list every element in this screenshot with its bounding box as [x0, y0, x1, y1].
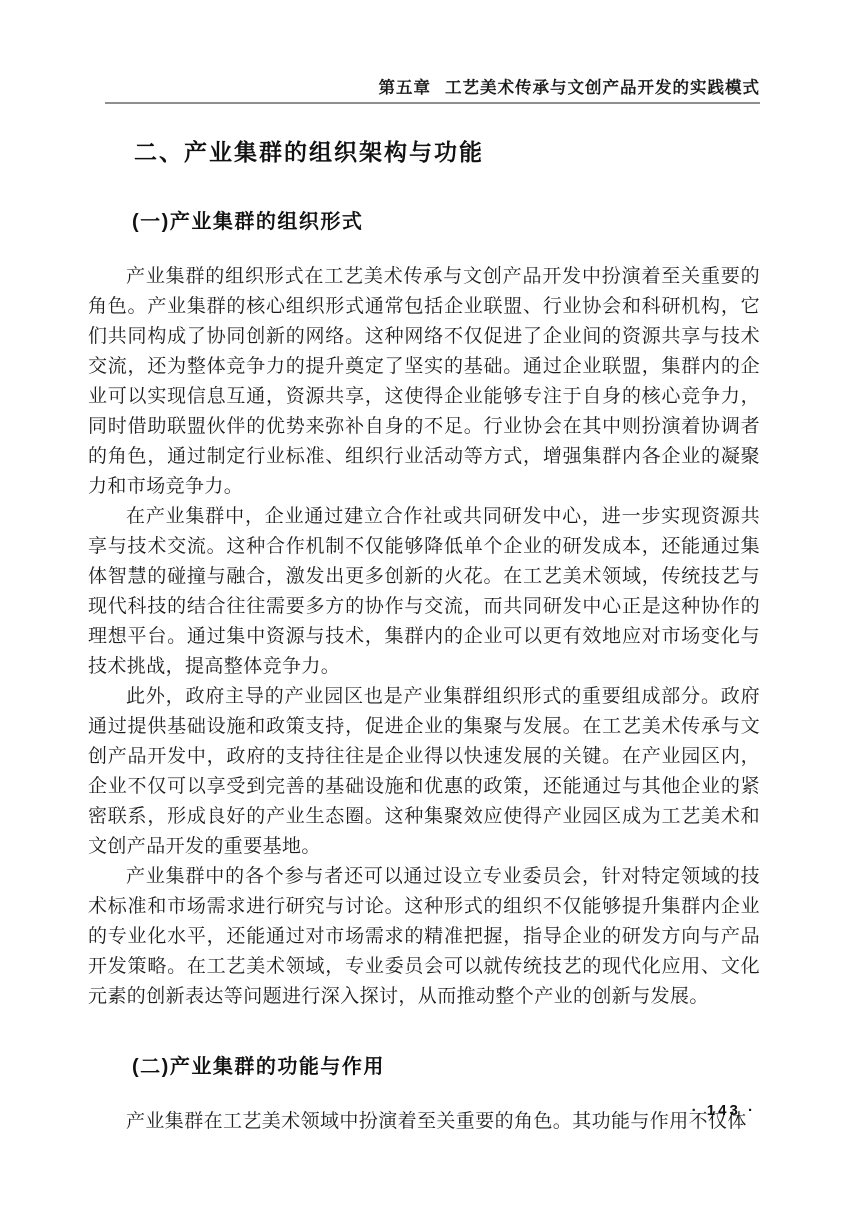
paragraph: 此外，政府主导的产业园区也是产业集群组织形式的重要组成部分。政府通过提供基础设施…	[88, 682, 760, 862]
section-heading: 二、产业集群的组织架构与功能	[88, 134, 760, 167]
subsection-heading-1: (一)产业集群的组织形式	[88, 205, 760, 234]
paragraph: 在产业集群中，企业通过建立合作社或共同研发中心，进一步实现资源共享与技术交流。这…	[88, 502, 760, 682]
chapter-title: 工艺美术传承与文创产品开发的实践模式	[445, 79, 760, 97]
paragraph: 产业集群的组织形式在工艺美术传承与文创产品开发中扮演着至关重要的角色。产业集群的…	[88, 262, 760, 502]
page-number: · 143 ·	[692, 1102, 756, 1119]
paragraph: 产业集群中的各个参与者还可以通过设立专业委员会，针对特定领域的技术标准和市场需求…	[88, 862, 760, 1012]
paragraph: 产业集群在工艺美术领域中扮演着至关重要的角色。其功能与作用不仅体	[88, 1107, 760, 1137]
book-page: 第五章工艺美术传承与文创产品开发的实践模式 二、产业集群的组织架构与功能 (一)…	[0, 0, 860, 1208]
subsection-heading-2: (二)产业集群的功能与作用	[88, 1050, 760, 1079]
running-header: 第五章工艺美术传承与文创产品开发的实践模式	[88, 74, 760, 98]
chapter-label: 第五章	[379, 79, 432, 97]
page-content: 二、产业集群的组织架构与功能 (一)产业集群的组织形式 产业集群的组织形式在工艺…	[88, 104, 760, 1137]
